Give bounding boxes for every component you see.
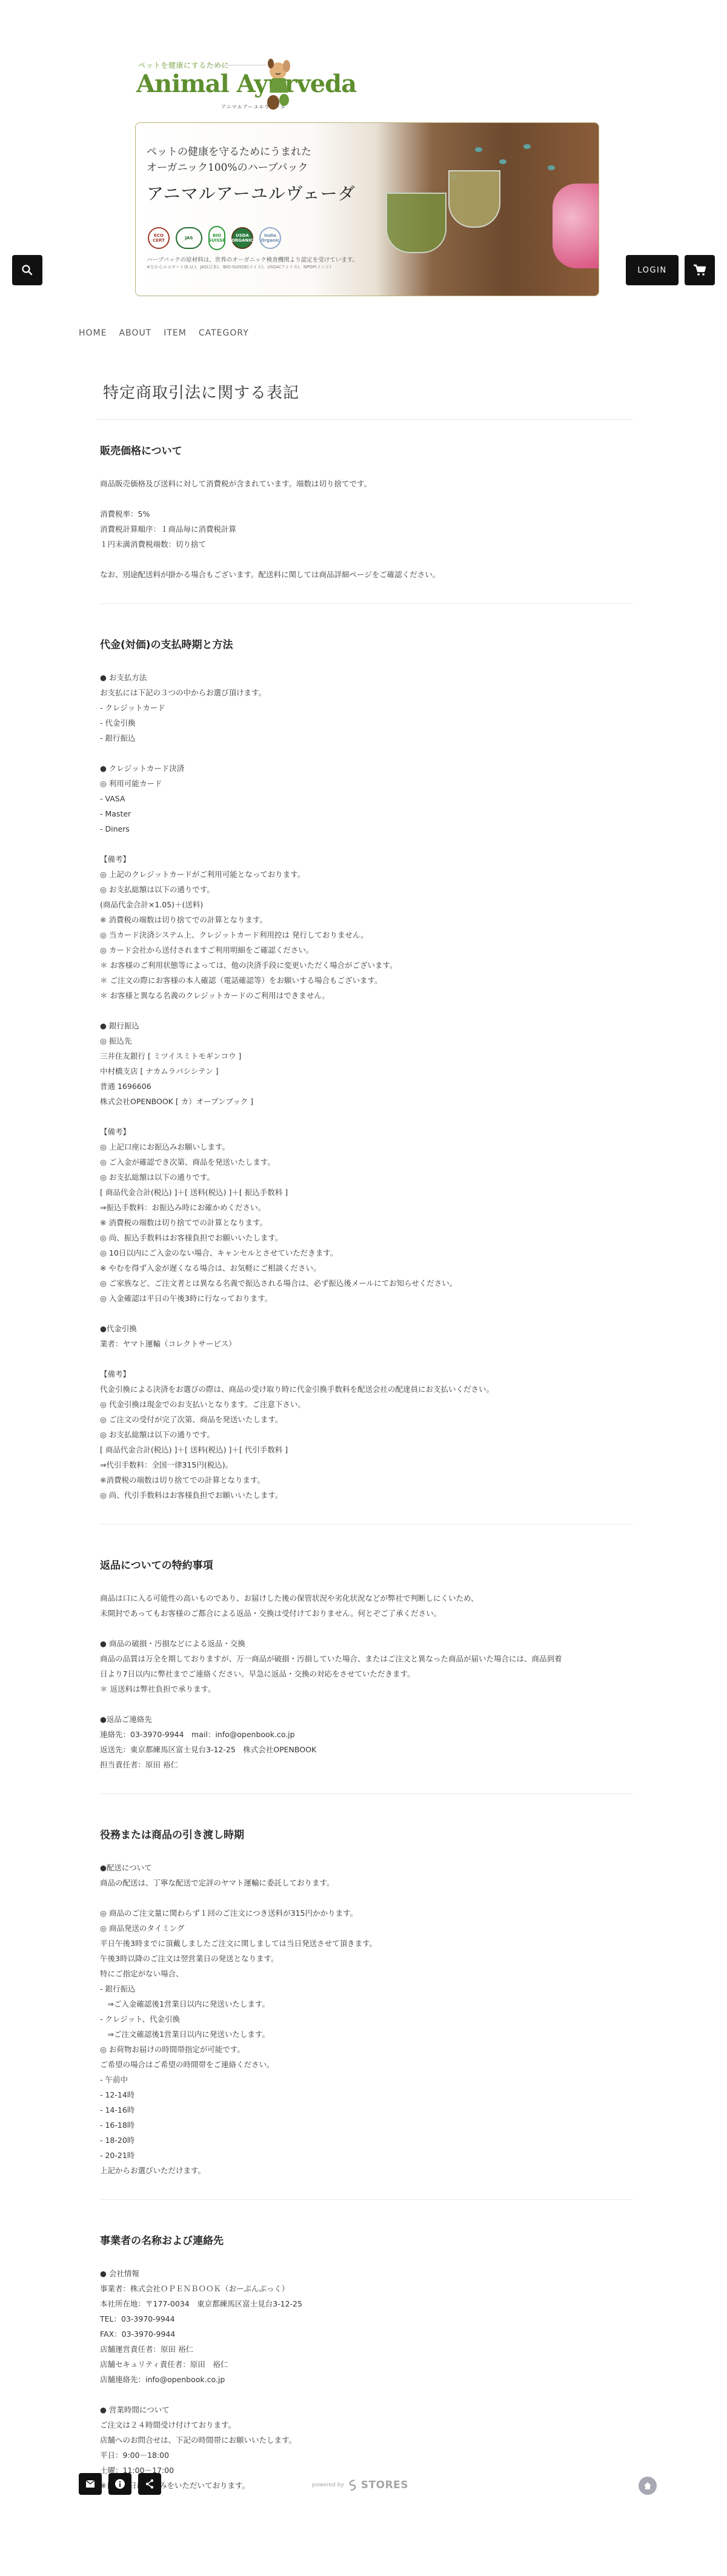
usda-organic-icon: USDA ORGANIC (231, 227, 253, 249)
blank-line (100, 491, 633, 506)
section-text-line: ◎ カード会社から送付されますご利用明細をご確認ください。 (100, 942, 633, 958)
section-text-line: ◎ 当カード決済システム上、クレジットカード利用控は 発行しておりません。 (100, 927, 633, 942)
section-text-line: ●配送について (100, 1860, 633, 1875)
info-icon (115, 2479, 125, 2489)
cart-icon (693, 264, 706, 276)
nav-about[interactable]: ABOUT (119, 328, 151, 338)
logo-tagline-rule (208, 65, 266, 65)
home-icon (643, 2482, 652, 2490)
blank-line (100, 746, 633, 761)
section-divider (100, 603, 633, 604)
section-text-line: ※ 消費税の端数は切り捨てでの計算となります。 (100, 912, 633, 927)
section-text-line: 商品の配送は、丁寧な配送で定評のヤマト運輸に委託しております。 (100, 1875, 633, 1890)
store-logo[interactable]: ペットを健康にするために Animal Ayurveda アニマルアーユルヴェー… (130, 58, 385, 118)
section-text-line: 株式会社OPENBOOK [ カ）オープンブック ] (100, 1094, 633, 1109)
section-text-line: - Master (100, 806, 633, 821)
section-text-line: 消費税率：5% (100, 506, 633, 521)
section-text-line: ◎ ご入金が確認でき次第、商品を発送いたします。 (100, 1154, 633, 1170)
section-text-line: ◎ 尚、振込手数料はお客様負担でお願いいたします。 (100, 1230, 633, 1245)
section-1: 販売価格について商品販売価格及び送料に対して消費税が含まれています。端数は切り捨… (100, 433, 633, 582)
section-text-line: ◎ 上記のクレジットカードがご利用可能となっております。 (100, 867, 633, 882)
section-5: 事業者の名称および連絡先● 会社情報事業者：株式会社ＯＰＥＮＢＯＯＫ（おーぷんぶ… (100, 2223, 633, 2493)
section-text-line: 平日午後3時までに頂戴しましたご注文に関しましては当日発送させて頂きます。 (100, 1936, 633, 1951)
section-text-line: 代金引換による決済をお選びの際は、商品の受け取り時に代金引換手数料を配送会社の配… (100, 1382, 633, 1397)
leaf-decoration (523, 144, 531, 149)
section-heading: 役務または商品の引き渡し時期 (100, 1826, 633, 1842)
blank-line (100, 552, 633, 567)
section-text-line: (商品代金合計×1.05)＋(送料) (100, 897, 633, 912)
cart-button[interactable] (685, 255, 715, 285)
section-heading: 返品についての特約事項 (100, 1557, 633, 1572)
section-text-line: ● クレジットカード決済 (100, 761, 633, 776)
hero-banner: ペットの健康を守るためにうまれた オーガニック100%のハーブパック アニマルア… (135, 122, 599, 296)
blank-line (100, 836, 633, 852)
section-text-line: - クレジット、代金引換 (100, 2011, 633, 2027)
section-text-line: ご希望の場合はご希望の時間帯をご連絡ください。 (100, 2057, 633, 2072)
contact-button[interactable] (79, 2473, 102, 2495)
section-text-line: 三井住友銀行 [ ミツイスミトモギンコウ ] (100, 1048, 633, 1064)
section-text-line: ◎ 振込先 (100, 1033, 633, 1048)
blank-line (100, 1351, 633, 1366)
section-text-line: ◎ 10日以内にご入金のない場合、キャンセルとさせていただきます。 (100, 1245, 633, 1260)
section-text-line: - 午前中 (100, 2072, 633, 2087)
section-text-line: 商品販売価格及び送料に対して消費税が含まれています。端数は切り捨てです。 (100, 476, 633, 491)
banner-line-2: オーガニック100%のハーブパック (147, 160, 311, 176)
section-text-line: ◎ 上記口座にお振込みお願いします。 (100, 1139, 633, 1154)
section-text-line: - 代金引換 (100, 715, 633, 730)
section-text-line: ご注文は２４時間受け付けております。 (100, 2417, 633, 2432)
section-text-line: - Diners (100, 821, 633, 836)
section-text-line: ◎ ご家族など、ご注文者とは異なる名義で振込される場合は、必ず振込後メールにてお… (100, 1276, 633, 1291)
section-text-line: FAX：03-3970-9944 (100, 2326, 633, 2342)
section-divider (100, 2199, 633, 2200)
section-text-line: 【備考】 (100, 852, 633, 867)
certification-logos: ECO CERT JAS BIO SUISSE USDA ORGANIC Ind… (148, 226, 281, 250)
section-text-line: 平日：9:00－18:00 (100, 2448, 633, 2463)
share-button[interactable] (138, 2473, 161, 2495)
section-heading: 事業者の名称および連絡先 (100, 2232, 633, 2248)
section-text-line: ＊ お客様と異なる名義のクレジットカードのご利用はできません。 (100, 988, 633, 1003)
section-text-line: ● 会社情報 (100, 2266, 633, 2281)
section-text-line: 業者：ヤマト運輸（コレクトサービス） (100, 1336, 633, 1351)
section-text-line: 連絡先：03-3970-9944 mail：info@openbook.co.j… (100, 1727, 633, 1742)
leaf-decoration (499, 159, 506, 164)
nav-category[interactable]: CATEGORY (199, 328, 249, 338)
section-heading: 販売価格について (100, 442, 633, 458)
blank-line (100, 2387, 633, 2402)
section-text-line: 担当責任者：原田 裕仁 (100, 1757, 633, 1772)
banner-caption-note: ※左からエコサート(E.U.)、JAS(日本)、BIO-SUISSE(スイス)、… (147, 264, 331, 270)
lotus-flower (553, 184, 599, 268)
section-text-line: ◎ お荷物お届けの時間帯指定が可能です。 (100, 2042, 633, 2057)
section-text-line: ＊ ご注文の際にお客様の本人確認（電話確認等）をお願いする場合もございます。 (100, 973, 633, 988)
section-text-line: お支払には下記の３つの中からお選び頂けます。 (100, 685, 633, 700)
section-text-line: 午後3時以降のご注文は翌営業日の発送となります。 (100, 1951, 633, 1966)
section-text-line: - 18-20時 (100, 2133, 633, 2148)
section-text-line: 【備考】 (100, 1124, 633, 1139)
leaf-decoration (548, 165, 555, 170)
section-heading: 代金(対価)の支払時期と方法 (100, 636, 633, 652)
india-organic-icon: India Organic (259, 227, 281, 249)
section-text-line: - 銀行振込 (100, 1981, 633, 1996)
blank-line (100, 1621, 633, 1636)
banner-caption: ハーブパックの原材料は、世界のオーガニック検査機関より認定を受けています。 (147, 255, 358, 263)
section-text-line: ◎ お支払総額は以下の通りです。 (100, 1427, 633, 1442)
section-text-line: 店舗セキュリティ責任者：原田 裕仁 (100, 2357, 633, 2372)
banner-tagline: ペットの健康を守るためにうまれた オーガニック100%のハーブパック (147, 144, 311, 176)
powered-by-label: powered by (312, 2482, 344, 2488)
section-text-line: - 銀行振込 (100, 730, 633, 746)
section-text-line: - 16-18時 (100, 2117, 633, 2133)
mail-icon (86, 2480, 95, 2488)
powered-by-stores[interactable]: powered by STORES (312, 2479, 408, 2491)
section-text-line: 土曜：11:00－17:00 (100, 2463, 633, 2478)
section-text-line: ●返品ご連絡先 (100, 1712, 633, 1727)
section-text-line: - VASA (100, 791, 633, 806)
stores-logo-icon (348, 2479, 357, 2491)
section-text-line: 普通 1696606 (100, 1079, 633, 1094)
section-divider (100, 1793, 633, 1794)
section-text-line: 上記からお選びいただけます。 (100, 2163, 633, 2178)
share-icon (145, 2479, 154, 2489)
search-button[interactable] (12, 255, 42, 285)
section-2: 代金(対価)の支払時期と方法● お支払方法お支払には下記の３つの中からお選び頂け… (100, 627, 633, 1503)
section-text-line: ◎ 代金引換は現金でのお支払いとなります。ご注意下さい。 (100, 1397, 633, 1412)
info-button[interactable] (108, 2473, 131, 2495)
banner-title: アニマルアーユルヴェーダ (147, 180, 356, 205)
search-icon (21, 264, 33, 276)
section-text-line: ◎ お支払総額は以下の通りです。 (100, 882, 633, 897)
jas-icon: JAS (176, 227, 202, 249)
section-text-line: ※ やむを得ず入金が遅くなる場合は、お気軽にご相談ください。 (100, 1260, 633, 1276)
section-text-line: ● 営業時間について (100, 2402, 633, 2417)
home-button[interactable] (639, 2477, 657, 2495)
section-text-line: ◎ 入金確認は平日の午後3時に行なっております。 (100, 1291, 633, 1306)
section-text-line: 特にご指定がない場合、 (100, 1966, 633, 1981)
blank-line (100, 1109, 633, 1124)
section-text-line: ● 銀行振込 (100, 1018, 633, 1033)
section-text-line: ◎ 利用可能カード (100, 776, 633, 791)
section-text-line: ⇒代引手数料：全国一律315円(税込)。 (100, 1457, 633, 1472)
section-text-line: ●代金引換 (100, 1321, 633, 1336)
section-text-line: 本社所在地：〒177-0034 東京都練馬区富士見台3-12-25 (100, 2296, 633, 2311)
blank-line (100, 1003, 633, 1018)
section-text-line: ⇒ご注文確認後1営業日以内に発送いたします。 (100, 2027, 633, 2042)
section-text-line: 返送先：東京都練馬区富士見台3-12-25 株式会社OPENBOOK (100, 1742, 633, 1757)
bio-suisse-icon: BIO SUISSE (208, 226, 225, 250)
title-divider (97, 419, 633, 420)
section-text-line: ◎ お支払総額は以下の通りです。 (100, 1170, 633, 1185)
section-text-line: - 14-16時 (100, 2102, 633, 2117)
herb-powder-bowl (448, 170, 500, 228)
section-4: 役務または商品の引き渡し時期●配送について商品の配送は、丁寧な配送で定評のヤマト… (100, 1817, 633, 2178)
section-text-line: 商品の品質は万全を期しておりますが、万一商品が破損・汚損していた場合、またはご注… (100, 1651, 633, 1666)
section-text-line: - クレジットカード (100, 700, 633, 715)
section-text-line: 事業者：株式会社ＯＰＥＮＢＯＯＫ（おーぷんぶっく） (100, 2281, 633, 2296)
blank-line (100, 1697, 633, 1712)
section-text-line: TEL：03-3970-9944 (100, 2311, 633, 2326)
logo-name: Animal Ayurveda (136, 70, 356, 98)
section-text-line: １円未満消費税端数：切り捨て (100, 537, 633, 552)
leaf-decoration (475, 147, 482, 152)
nav-home[interactable]: HOME (79, 328, 107, 338)
section-text-line: ● 商品の破損・汚損などによる返品・交換 (100, 1636, 633, 1651)
section-text-line: [ 商品代金合計(税込) ]＋[ 送料(税込) ]＋[ 振込手数料 ] (100, 1185, 633, 1200)
herb-paste-bowl (386, 193, 446, 253)
blank-line (100, 1306, 633, 1321)
main-nav: HOME ABOUT ITEM CATEGORY (79, 328, 249, 338)
login-button[interactable]: LOGIN (626, 255, 679, 285)
blank-line (100, 1890, 633, 1906)
section-text-line: - 20-21時 (100, 2148, 633, 2163)
section-text-line: 店舗運営責任者：原田 裕仁 (100, 2342, 633, 2357)
section-text-line: 日より7日以内に弊社までご連絡ください。早急に返品・交換の対応をさせていただきま… (100, 1666, 633, 1681)
section-text-line: ※ 消費税の端数は切り捨てでの計算となります。 (100, 1215, 633, 1230)
banner-line-1: ペットの健康を守るためにうまれた (147, 144, 311, 160)
section-text-line: 消費税計算順序：１商品毎に消費税計算 (100, 521, 633, 537)
section-text-line: 中村橋支店 [ ナカムラバシシテン ] (100, 1064, 633, 1079)
dog-mascot-icon (264, 58, 293, 111)
section-text-line: ◎ 尚、代引手数料はお客様負担でお願いいたします。 (100, 1488, 633, 1503)
section-text-line: ⇒振込手数料：お振込み時にお確かめください。 (100, 1200, 633, 1215)
section-text-line: 【備考】 (100, 1366, 633, 1382)
section-text-line: 未開封であってもお客様のご都合による返品・交換は受付けておりません。何とぞご了承… (100, 1606, 633, 1621)
section-text-line: ◎ 商品発送のタイミング (100, 1921, 633, 1936)
law-notice-content: 販売価格について商品販売価格及び送料に対して消費税が含まれています。端数は切り捨… (100, 433, 633, 2493)
section-text-line: ● お支払方法 (100, 670, 633, 685)
section-text-line: 商品は口に入る可能性の高いものであり、お届けした後の保管状況や劣化状況などが弊社… (100, 1591, 633, 1606)
ecocert-icon: ECO CERT (148, 227, 170, 249)
section-text-line: なお、別途配送料が掛かる場合もございます。配送料に関しては商品詳細ページをご確認… (100, 567, 633, 582)
section-text-line: ※消費税の端数は切り捨てでの計算となります。 (100, 1472, 633, 1488)
section-text-line: - 12-14時 (100, 2087, 633, 2102)
nav-item[interactable]: ITEM (164, 328, 187, 338)
section-text-line: ◎ ご注文の受付が完了次第、商品を発送いたします。 (100, 1412, 633, 1427)
section-text-line: 店舗へのお問合せは、下記の時間帯にお願いいたします。 (100, 2432, 633, 2448)
section-divider (100, 1524, 633, 1525)
stores-brand: STORES (361, 2479, 408, 2491)
section-text-line: [ 商品代金合計(税込) ]＋[ 送料(税込) ]＋[ 代引手数料 ] (100, 1442, 633, 1457)
page-title: 特定商取引法に関する表記 (103, 380, 299, 403)
section-3: 返品についての特約事項商品は口に入る可能性の高いものであり、お届けした後の保管状… (100, 1548, 633, 1772)
section-text-line: ＊ 返送料は弊社負担で承ります。 (100, 1681, 633, 1697)
section-text-line: ⇒ご入金確認後1営業日以内に発送いたします。 (100, 1996, 633, 2011)
section-text-line: ◎ 商品のご注文量に関わらず１回のご注文につき送料が315円かかります。 (100, 1906, 633, 1921)
section-text-line: ＊ お客様のご利用状態等によっては、他の決済手段に変更いただく場合がございます。 (100, 958, 633, 973)
section-text-line: 店舗連絡先：info@openbook.co.jp (100, 2372, 633, 2387)
